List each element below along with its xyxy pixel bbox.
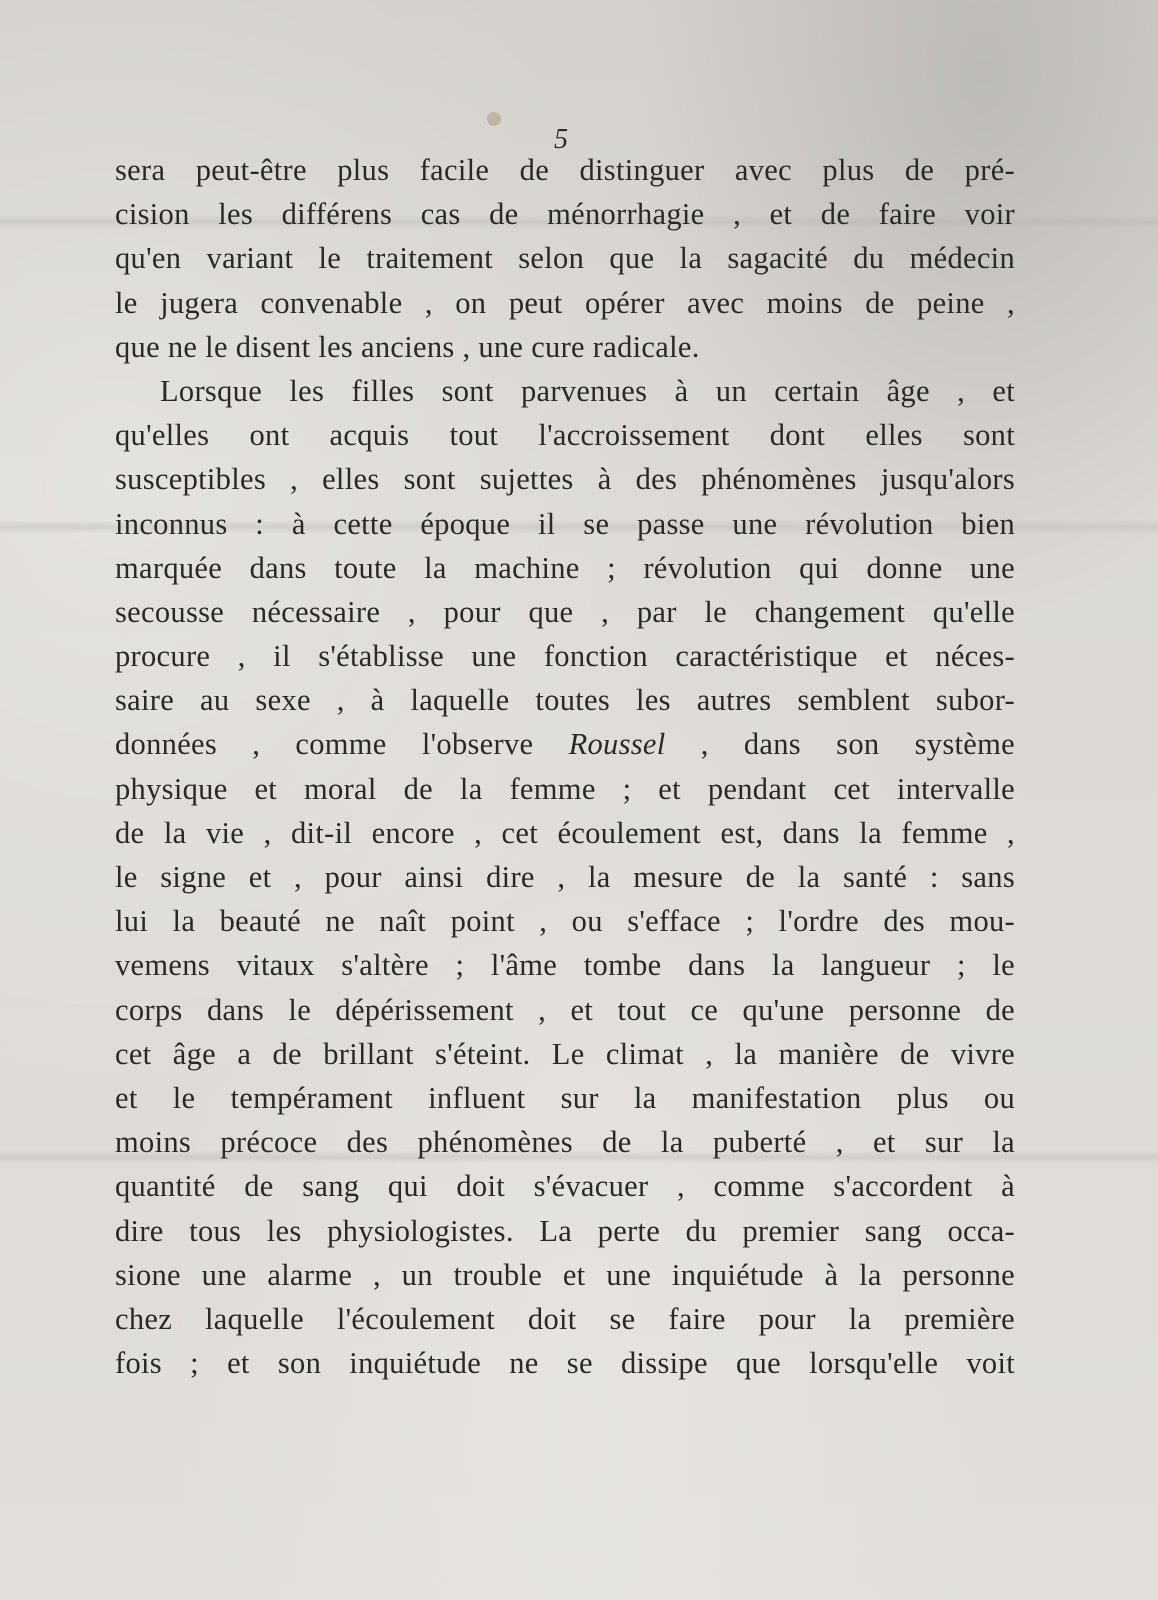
text-line: moins précoce des phénomènes de la puber…: [115, 1120, 1015, 1164]
text-line: marquée dans toute la machine ; révoluti…: [115, 546, 1015, 590]
text-line: fois ; et son inquiétude ne se dissipe q…: [115, 1341, 1015, 1385]
text-line: susceptibles , elles sont sujettes à des…: [115, 457, 1015, 501]
text-line: procure , il s'établisse une fonction ca…: [115, 634, 1015, 678]
text-line: cet âge a de brillant s'éteint. Le clima…: [115, 1032, 1015, 1076]
text-line: corps dans le dépérissement , et tout ce…: [115, 988, 1015, 1032]
text-line: cision les différens cas de ménorrhagie …: [115, 192, 1015, 236]
text-line: et le tempérament influent sur la manife…: [115, 1076, 1015, 1120]
text-line: inconnus : à cette époque il se passe un…: [115, 502, 1015, 546]
text-line-paragraph-end: que ne le disent les anciens , une cure …: [115, 325, 1015, 369]
text-line: saire au sexe , à laquelle toutes les au…: [115, 678, 1015, 722]
text-line: qu'en variant le traitement selon que la…: [115, 236, 1015, 280]
text-line: lui la beauté ne naît point , ou s'effac…: [115, 899, 1015, 943]
text-line: secousse nécessaire , pour que , par le …: [115, 590, 1015, 634]
text-line: le signe et , pour ainsi dire , la mesur…: [115, 855, 1015, 899]
text-line-with-citation: données , comme l'observe Roussel , dans…: [115, 722, 1015, 766]
text-line: sera peut-être plus facile de distinguer…: [115, 148, 1015, 192]
text-line: vemens vitaux s'altère ; l'âme tombe dan…: [115, 943, 1015, 987]
text-line: sione une alarme , un trouble et une inq…: [115, 1253, 1015, 1297]
text-line: quantité de sang qui doit s'évacuer , co…: [115, 1164, 1015, 1208]
text-segment: données , comme l'observe: [115, 727, 569, 761]
document-page: 5 sera peut-être plus facile de distingu…: [0, 0, 1158, 1600]
author-name-roussel: Roussel: [569, 727, 666, 761]
body-text: sera peut-être plus facile de distinguer…: [115, 148, 1015, 1385]
text-line-paragraph-start: Lorsque les filles sont parvenues à un c…: [115, 369, 1015, 413]
text-line: physique et moral de la femme ; et penda…: [115, 767, 1015, 811]
text-line: le jugera convenable , on peut opérer av…: [115, 281, 1015, 325]
text-line: qu'elles ont acquis tout l'accroissement…: [115, 413, 1015, 457]
text-line: de la vie , dit-il encore , cet écouleme…: [115, 811, 1015, 855]
paper-stain: [487, 112, 501, 126]
text-segment: , dans son système: [666, 727, 1015, 761]
text-line: chez laquelle l'écoulement doit se faire…: [115, 1297, 1015, 1341]
text-line: dire tous les physiologistes. La perte d…: [115, 1209, 1015, 1253]
